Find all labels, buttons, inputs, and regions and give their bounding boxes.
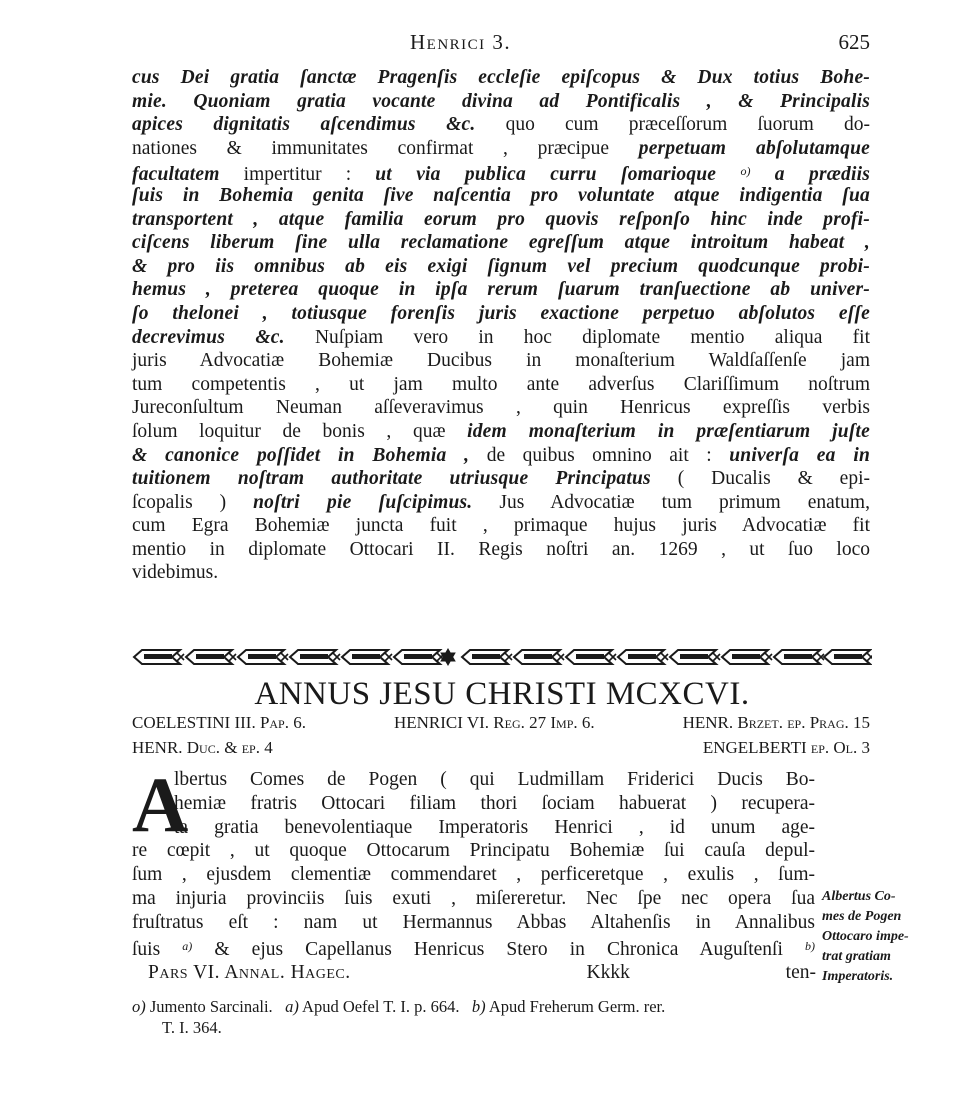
text-line: videbimus. xyxy=(132,561,870,585)
text-segment: juris Advocatiæ Bohemiæ Ducibus in monaſ… xyxy=(132,350,870,371)
margin-note-line: mes de Pogen xyxy=(822,907,952,927)
footnote-mark: b) xyxy=(472,997,486,1016)
running-head: Henrici 3. 625 xyxy=(132,30,870,56)
text-segment: mentio in diplomate Ottocari II. Regis n… xyxy=(132,539,870,560)
text-line: juris Advocatiæ Bohemiæ Ducibus in monaſ… xyxy=(132,349,870,373)
page-number: 625 xyxy=(839,30,871,55)
text-segment: perpetuam abſolutamque xyxy=(639,138,870,159)
text-segment: impertitur : xyxy=(220,164,376,185)
text-line: re cœpit , ut quoque Ottocarum Principat… xyxy=(132,839,815,863)
text-line: mentio in diplomate Ottocari II. Regis n… xyxy=(132,538,870,562)
signature-left: Pars VI. Annal. Hagec. xyxy=(148,962,351,984)
text-segment: ciſcens liberum ſine ulla reclamatione e… xyxy=(132,232,870,253)
text-line: & canonice poſſidet in Bohemia , de quib… xyxy=(132,444,870,468)
text-segment: quo cum præceſſorum ſuorum do- xyxy=(475,114,870,135)
text-segment: Jus Advocatiæ tum primum enatum, xyxy=(472,492,870,513)
text-segment: noſtri pie ſuſcipimus. xyxy=(253,492,472,513)
text-line: facultatem impertitur : ut via publica c… xyxy=(132,160,870,184)
text-line: hemiæ fratris Ottocari filiam thori ſoci… xyxy=(132,792,815,816)
running-head-title: Henrici 3. xyxy=(410,30,511,55)
footnote-text: Apud Oefel T. I. p. 664. xyxy=(299,997,460,1016)
text-segment: a prædiis xyxy=(750,164,870,185)
margin-note-line: Imperatoris. xyxy=(822,967,952,987)
text-line: nationes & immunitates confirmat , præci… xyxy=(132,137,870,161)
text-segment: de quibus omnino ait : xyxy=(469,445,729,466)
text-segment: re cœpit , ut quoque Ottocarum Principat… xyxy=(132,840,815,861)
regnal-bishop-olomouc: ENGELBERTI ep. Ol. 3 xyxy=(703,738,870,758)
margin-note-line: trat gratiam xyxy=(822,947,952,967)
text-line: ma injuria provinciis ſuis exuti , miſer… xyxy=(132,887,815,911)
text-segment: ma injuria provinciis ſuis exuti , miſer… xyxy=(132,888,815,909)
text-segment: cum Egra Bohemiæ juncta fuit , primaque … xyxy=(132,515,870,536)
body-text-top: cus Dei gratia ſanctæ Pragenſis eccleſie… xyxy=(132,66,870,585)
text-segment: & canonice poſſidet in Bohemia , xyxy=(132,445,469,466)
text-line: ſo thelonei , totiusque forenſis juris e… xyxy=(132,302,870,326)
regnal-years-row-2: HENR. Duc. & ep. 4 ENGELBERTI ep. Ol. 3 xyxy=(132,738,870,758)
ornament-rule xyxy=(132,646,872,668)
text-segment: hemus , preterea quoque in ipſa rerum ſu… xyxy=(132,279,870,300)
chain-ornament-icon xyxy=(132,646,872,668)
book-page: Henrici 3. 625 cus Dei gratia ſanctæ Pra… xyxy=(0,0,960,1110)
footnote-ref: b) xyxy=(805,939,815,953)
text-line: hemus , preterea quoque in ipſa rerum ſu… xyxy=(132,278,870,302)
text-line: transportent , atque familia eorum pro q… xyxy=(132,208,870,232)
text-segment: ſuis in Bohemia genita ſive naſcentia pr… xyxy=(132,185,870,206)
text-line: fruſtratus eſt : nam ut Hermannus Abbas … xyxy=(132,911,815,935)
footnote-ref: a) xyxy=(182,939,192,953)
text-line: ſolum loquitur de bonis , quæ idem monaſ… xyxy=(132,420,870,444)
footnote-mark: a) xyxy=(285,997,299,1016)
text-line: ſum , ejusdem clementiæ commendaret , pe… xyxy=(132,863,815,887)
footnote-b: b) Apud Freherum Germ. rer. xyxy=(472,997,665,1016)
regnal-pope: COELESTINI III. Pap. 6. xyxy=(132,713,306,733)
text-line: ſuis in Bohemia genita ſive naſcentia pr… xyxy=(132,184,870,208)
text-line: decrevimus &c. Nuſpiam vero in hoc diplo… xyxy=(132,326,870,350)
text-line: cus Dei gratia ſanctæ Pragenſis eccleſie… xyxy=(132,66,870,90)
text-segment: fruſtratus eſt : nam ut Hermannus Abbas … xyxy=(132,912,815,933)
text-segment: facultatem xyxy=(132,164,220,185)
star-icon xyxy=(440,648,456,666)
footnotes: o) Jumento Sarcinali. a) Apud Oefel T. I… xyxy=(132,996,872,1038)
footnote-mark: o) xyxy=(132,997,146,1016)
text-segment: lbertus Comes de Pogen ( qui Ludmillam F… xyxy=(174,769,815,790)
text-segment: & ejus Capellanus Henricus Stero in Chro… xyxy=(192,939,805,960)
text-line: tuitionem noſtram authoritate utriusque … xyxy=(132,467,870,491)
signature-line: Pars VI. Annal. Hagec. Kkkk ten- xyxy=(148,962,816,984)
text-segment: ſolum loquitur de bonis , quæ xyxy=(132,421,467,442)
footnote-text: Jumento Sarcinali. xyxy=(146,997,273,1016)
signature-mark: Kkkk xyxy=(586,962,629,984)
footnote-line-2: T. I. 364. xyxy=(132,1017,872,1038)
text-line: ſcopalis ) noſtri pie ſuſcipimus. Jus Ad… xyxy=(132,491,870,515)
text-line: ciſcens liberum ſine ulla reclamatione e… xyxy=(132,231,870,255)
body-bottom-lines: lbertus Comes de Pogen ( qui Ludmillam F… xyxy=(132,768,815,958)
drop-cap: A xyxy=(132,772,188,838)
text-segment: videbimus. xyxy=(132,562,218,583)
section-title: ANNUS JESU CHRISTI MCXCVI. xyxy=(132,676,872,713)
text-segment: decrevimus &c. xyxy=(132,327,285,348)
text-line: mie. Quoniam gratia vocante divina ad Po… xyxy=(132,90,870,114)
margin-note: Albertus Co- mes de Pogen Ottocaro impe-… xyxy=(822,887,952,987)
text-segment: Nuſpiam vero in hoc diplomate mentio ali… xyxy=(285,327,870,348)
text-segment: tuitionem noſtram authoritate utriusque … xyxy=(132,468,651,489)
text-segment: ta gratia benevolentiaque Imperatoris He… xyxy=(174,817,815,838)
regnal-duke: HENR. Duc. & ep. 4 xyxy=(132,738,273,758)
text-segment: ( Ducalis & epi- xyxy=(651,468,870,489)
margin-note-line: Albertus Co- xyxy=(822,887,952,907)
text-segment: ſcopalis ) xyxy=(132,492,253,513)
text-segment: apices dignitatis aſcendimus &c. xyxy=(132,114,475,135)
text-segment: ſo thelonei , totiusque forenſis juris e… xyxy=(132,303,870,324)
footnote-line-1: o) Jumento Sarcinali. a) Apud Oefel T. I… xyxy=(132,996,872,1017)
text-line: ta gratia benevolentiaque Imperatoris He… xyxy=(132,816,815,840)
margin-note-line: Ottocaro impe- xyxy=(822,927,952,947)
text-segment: hemiæ fratris Ottocari filiam thori ſoci… xyxy=(174,793,815,814)
text-segment: nationes & immunitates confirmat , præci… xyxy=(132,138,639,159)
text-line: apices dignitatis aſcendimus &c. quo cum… xyxy=(132,113,870,137)
text-line: cum Egra Bohemiæ juncta fuit , primaque … xyxy=(132,514,870,538)
regnal-emperor: HENRICI VI. Reg. 27 Imp. 6. xyxy=(394,713,595,733)
text-line: lbertus Comes de Pogen ( qui Ludmillam F… xyxy=(132,768,815,792)
text-segment: & pro iis omnibus ab eis exigi ſignum ve… xyxy=(132,256,870,277)
footnote-a: a) Apud Oefel T. I. p. 664. xyxy=(285,997,459,1016)
catchword: ten- xyxy=(786,962,816,984)
text-segment: univerſa ea in xyxy=(729,445,870,466)
text-segment: tum competentis , ut jam multo ante adve… xyxy=(132,374,870,395)
text-segment: idem monaſterium in præſentiarum juſte xyxy=(467,421,870,442)
text-segment: cus Dei gratia ſanctæ Pragenſis eccleſie… xyxy=(132,67,870,88)
text-segment: ſum , ejusdem clementiæ commendaret , pe… xyxy=(132,864,815,885)
text-line: tum competentis , ut jam multo ante adve… xyxy=(132,373,870,397)
text-line: ſuis a) & ejus Capellanus Henricus Stero… xyxy=(132,935,815,959)
text-segment: ſuis xyxy=(132,939,182,960)
text-segment: transportent , atque familia eorum pro q… xyxy=(132,209,870,230)
text-line: & pro iis omnibus ab eis exigi ſignum ve… xyxy=(132,255,870,279)
body-text-bottom: A lbertus Comes de Pogen ( qui Ludmillam… xyxy=(132,768,815,958)
text-segment: Jureconſultum Neuman aſſeveravimus , qui… xyxy=(132,397,870,418)
footnote-o: o) Jumento Sarcinali. xyxy=(132,997,273,1016)
text-segment: ut via publica curru ſomarioque xyxy=(375,164,740,185)
text-line: Jureconſultum Neuman aſſeveravimus , qui… xyxy=(132,396,870,420)
footnote-ref: o) xyxy=(740,164,750,178)
regnal-years-row-1: COELESTINI III. Pap. 6. HENRICI VI. Reg.… xyxy=(132,713,870,733)
text-segment: mie. Quoniam gratia vocante divina ad Po… xyxy=(132,91,870,112)
footnote-text: Apud Freherum Germ. rer. xyxy=(486,997,666,1016)
regnal-bishop-prague: HENR. Brzet. ep. Prag. 15 xyxy=(683,713,870,733)
